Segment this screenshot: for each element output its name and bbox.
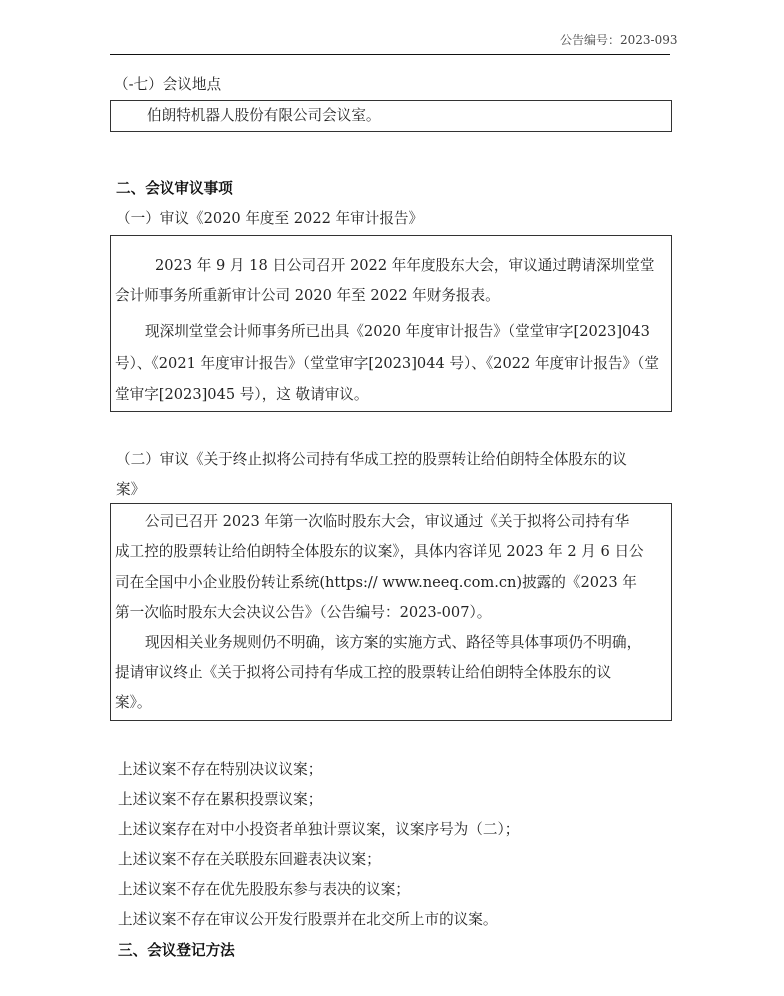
item-2-box: 公司已召开 2023 年第一次临时股东大会，审议通过《关于拟将公司持有华 成工控…	[110, 503, 672, 721]
meeting-location-box: 伯朗特机器人股份有限公司会议室。	[110, 100, 672, 132]
item-1-title: （一）审议《2020 年度至 2022 年审计报告》	[116, 209, 423, 229]
item-2-line: 成工控的股票转让给伯朗特全体股东的议案》，具体内容详见 2023 年 2 月 6…	[115, 542, 644, 562]
item-2-title-line: 案》	[116, 480, 145, 500]
item-1-line: 号）、《2021 年度审计报告》（堂堂审字[2023]044 号）、《2022 …	[115, 354, 659, 374]
item-1-line: 2023 年 9 月 18 日公司召开 2022 年年度股东大会，审议通过聘请深…	[155, 256, 654, 276]
item-2-line: 公司已召开 2023 年第一次临时股东大会，审议通过《关于拟将公司持有华	[145, 512, 629, 532]
note-line: 上述议案不存在审议公开发行股票并在北交所上市的议案。	[118, 910, 497, 930]
item-2-line: 提请审议终止《关于拟将公司持有华成工控的股票转让给伯朗特全体股东的议	[115, 663, 611, 683]
item-1-line: 堂审字[2023]045 号），这 敬请审议。	[115, 385, 369, 405]
item-2-line: 司在全国中小企业股份转让系统(https:// www.neeq.com.cn)…	[115, 573, 637, 593]
item-1-line: 会计师事务所重新审计公司 2020 年至 2022 年财务报表。	[115, 286, 500, 306]
section-7-title: （-七）会议地点	[114, 75, 221, 95]
note-line: 上述议案不存在累积投票议案；	[118, 790, 322, 810]
item-2-line: 现因相关业务规则仍不明确，该方案的实施方式、路径等具体事项仍不明确，	[145, 633, 641, 653]
item-1-line: 现深圳堂堂会计师事务所已出具《2020 年度审计报告》（堂堂审字[2023]04…	[145, 322, 650, 342]
note-line: 上述议案不存在关联股东回避表决议案；	[118, 850, 381, 870]
note-line: 上述议案存在对中小投资者单独计票议案，议案序号为（二）；	[118, 820, 519, 840]
meeting-location-text: 伯朗特机器人股份有限公司会议室。	[147, 106, 381, 126]
item-2-line: 第一次临时股东大会决议公告》（公告编号：2023-007）。	[115, 603, 491, 623]
header-rule	[110, 54, 670, 55]
announcement-number: 公告编号：2023-093	[560, 31, 678, 48]
item-2-line: 案》。	[115, 693, 151, 713]
note-line: 上述议案不存在优先股股东参与表决的议案；	[118, 880, 410, 900]
item-1-box: 2023 年 9 月 18 日公司召开 2022 年年度股东大会，审议通过聘请深…	[110, 235, 672, 412]
section-3-heading: 三、会议登记方法	[118, 941, 235, 961]
section-2-heading: 二、会议审议事项	[116, 179, 233, 199]
note-line: 上述议案不存在特别决议议案；	[118, 760, 322, 780]
item-2-title-line: （二）审议《关于终止拟将公司持有华成工控的股票转让给伯朗特全体股东的议	[116, 450, 627, 470]
